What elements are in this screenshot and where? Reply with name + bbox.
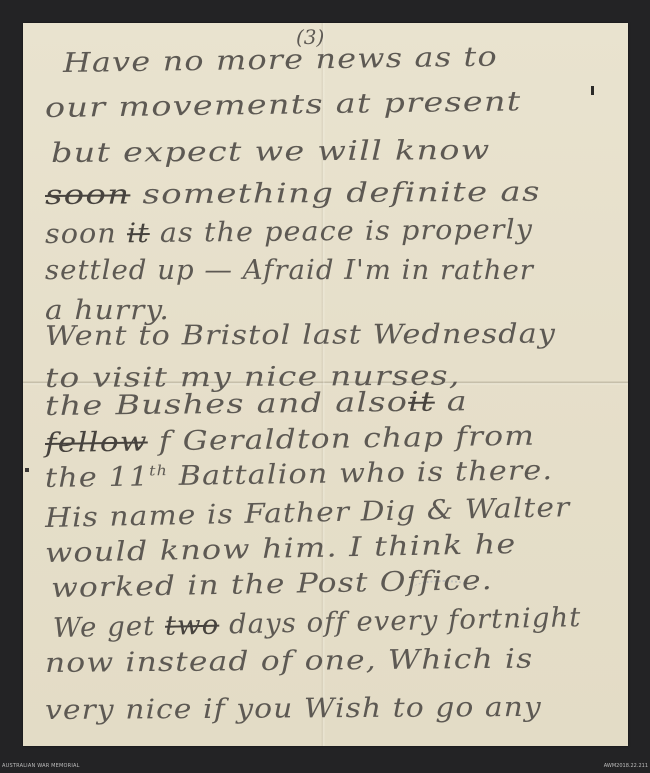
letter-line-13: His name is Father Dig & Walter (45, 492, 571, 534)
struck-word: it (127, 218, 150, 249)
letter-line-16: We get two days off every fortnight (53, 602, 582, 644)
letter-line-10: the Bushes and alsoit a (45, 386, 468, 422)
reference-number: AWM2018.22.211 (604, 763, 648, 769)
struck-word: fellow (45, 426, 148, 459)
letter-line-3: but expect we will know (51, 135, 491, 169)
letter-line-6: settled up — Afraid I'm in rather (45, 255, 534, 286)
letter-line-5: soon it as the peace is properly (45, 214, 533, 250)
letter-line-12: the 11th Battalion who is there. (45, 455, 554, 494)
letter-line-17: now instead of one, Which is (45, 644, 534, 679)
institution-credit: AUSTRALIAN WAR MEMORIAL (2, 763, 80, 769)
letter-page: (3) Have no more news as to our movement… (23, 23, 628, 746)
letter-line-1: Have no more news as to (63, 42, 498, 79)
letter-line-8: Went to Bristol last Wednesday (45, 319, 556, 352)
document-viewer: (3) Have no more news as to our movement… (0, 0, 650, 773)
struck-word: soon (45, 179, 131, 211)
letter-line-11: fellow f Geraldton chap from (45, 421, 536, 459)
struck-word: it (408, 387, 435, 418)
letter-line-14: would know him. I think he (45, 529, 517, 569)
letter-line-15: worked in the Post Office. (51, 565, 494, 604)
letter-line-4: soon something definite as (45, 177, 541, 211)
struck-word: two (165, 610, 220, 642)
margin-mark (25, 468, 29, 472)
letter-line-2: our movements at present (45, 86, 522, 124)
ink-mark (591, 86, 594, 95)
letter-line-18: very nice if you Wish to go any (45, 692, 542, 726)
